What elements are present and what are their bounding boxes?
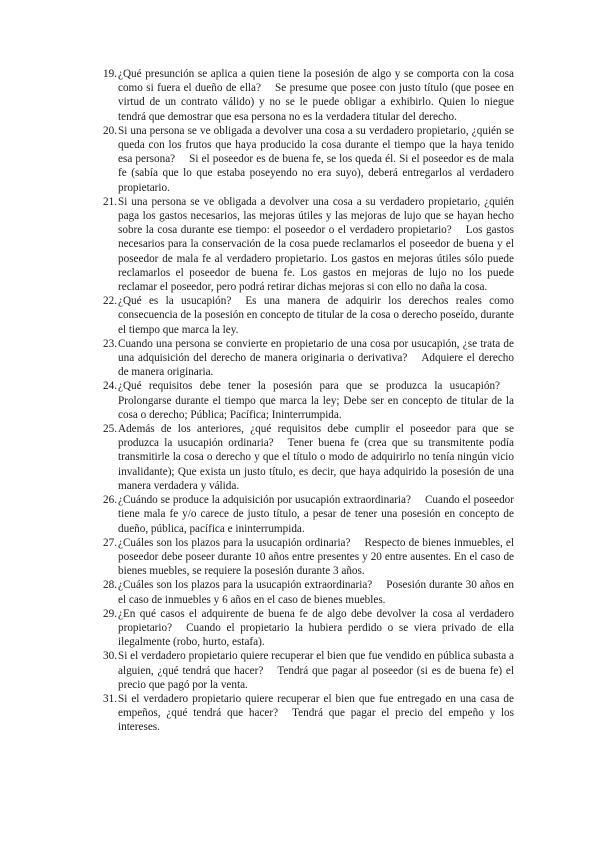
item-number: 28. [103,578,117,592]
list-item-21: 21.Si una persona se ve obligada a devol… [103,195,514,294]
item-number: 24. [103,379,117,393]
question-text: ¿Qué es la usucapión? [118,295,231,307]
item-number: 27. [103,536,117,550]
question-text: Si una persona se ve obligada a devolver… [118,196,514,236]
item-number: 20. [103,124,117,138]
answer-text: Si el poseedor es de buena fe, se los qu… [118,153,514,193]
list-item-20: 20.Si una persona se ve obligada a devol… [103,124,514,195]
item-number: 22. [103,294,117,308]
item-number: 25. [103,422,117,436]
list-item-26: 26.¿Cuándo se produce la adquisición por… [103,493,514,536]
item-number: 23. [103,337,117,351]
item-number: 26. [103,493,117,507]
list-item-29: 29.¿En qué casos el adquirente de buena … [103,607,514,650]
list-item-23: 23.Cuando una persona se convierte en pr… [103,337,514,380]
answer-text: Prolongarse durante el tiempo que marca … [118,395,514,421]
list-item-28: 28.¿Cuáles son los plazos para la usucap… [103,578,514,606]
question-list: 19.¿Qué presunción se aplica a quien tie… [103,67,514,735]
list-item-25: 25.Además de los anteriores, ¿qué requis… [103,422,514,493]
document-page: 19.¿Qué presunción se aplica a quien tie… [103,67,514,735]
item-number: 29. [103,607,117,621]
item-number: 30. [103,649,117,663]
list-item-19: 19.¿Qué presunción se aplica a quien tie… [103,67,514,124]
answer-text: Cuando el propietario la hubiera perdido… [118,622,514,648]
list-item-31: 31.Si el verdadero propietario quiere re… [103,692,514,735]
question-text: ¿Cuáles son los plazos para la usucapión… [118,537,351,549]
list-item-30: 30.Si el verdadero propietario quiere re… [103,649,514,692]
question-text: ¿Cuáles son los plazos para la usucapión… [118,579,372,591]
list-item-27: 27.¿Cuáles son los plazos para la usucap… [103,536,514,579]
item-number: 19. [103,67,117,81]
question-text: ¿Qué requisitos debe tener la posesión p… [118,380,500,392]
item-number: 21. [103,195,117,209]
question-text: ¿Cuándo se produce la adquisición por us… [118,494,411,506]
item-number: 31. [103,692,117,706]
list-item-24: 24.¿Qué requisitos debe tener la posesió… [103,379,514,422]
list-item-22: 22.¿Qué es la usucapión?Es una manera de… [103,294,514,337]
